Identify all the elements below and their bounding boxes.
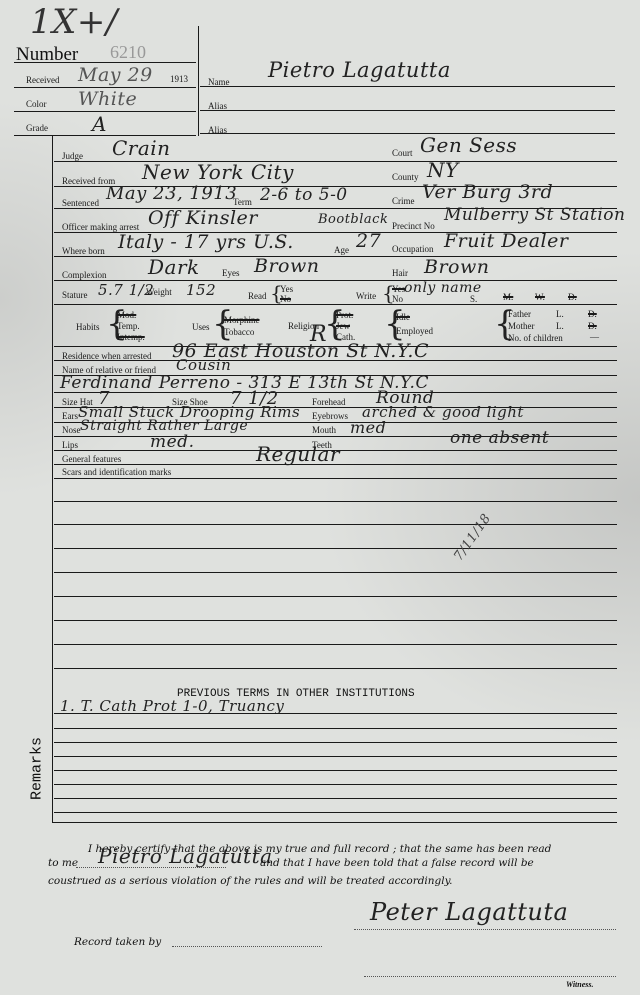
certification-line-2: and that I have been told that a false r… — [260, 857, 534, 869]
eyes-value: Brown — [254, 255, 319, 277]
grade-label: Grade — [26, 123, 48, 133]
record-taken-label: Record taken by — [74, 936, 161, 948]
uses-morphine: Morphine — [224, 315, 260, 325]
habits-label: Habits — [76, 322, 100, 332]
scars-label: Scars and identification marks — [62, 467, 171, 477]
relative-value: Cousin — [176, 356, 231, 374]
write-label: Write — [356, 291, 376, 301]
sentenced-label: Sentenced — [62, 198, 99, 208]
certification-line-3: coustrued as a serious violation of the … — [48, 875, 453, 887]
hair-label: Hair — [392, 268, 408, 278]
uses-label: Uses — [192, 322, 210, 332]
certification-name: Pietro Lagatutta — [98, 844, 273, 868]
received-label: Received — [26, 75, 59, 85]
where-born-value: Italy - 17 yrs U.S. — [118, 231, 294, 253]
court-label: Court — [392, 148, 413, 158]
court-value: Gen Sess — [420, 133, 517, 157]
marital-s: S. — [470, 294, 477, 304]
religion-jew: Jew — [336, 321, 350, 331]
name-value: Pietro Lagatutta — [268, 58, 451, 82]
children-label: No. of children — [508, 333, 563, 343]
religion-prot: Prot. — [336, 310, 353, 320]
number-value: 6210 — [110, 42, 146, 63]
precinct-value: Mulberry St Station — [444, 205, 625, 225]
general-features-value: Regular — [256, 442, 340, 466]
habits-mod: Mod. — [117, 310, 136, 320]
color-value: White — [78, 88, 137, 110]
county-label: County — [392, 172, 419, 182]
judge-label: Judge — [62, 151, 83, 161]
received-year: 1913 — [170, 74, 188, 84]
complexion-value: Dark — [148, 255, 200, 279]
grade-value: A — [92, 112, 107, 136]
forehead-label: Forehead — [312, 397, 346, 407]
habits-temp: Temp. — [117, 321, 140, 331]
prisoner-signature: Peter Lagattuta — [370, 898, 568, 926]
hair-value: Brown — [424, 256, 489, 278]
term-value: 2-6 to 5-0 — [260, 185, 348, 205]
complexion-label: Complexion — [62, 270, 107, 280]
father-living: L. — [556, 309, 564, 319]
lips-label: Lips — [62, 440, 78, 450]
corner-mark: 1X+/ — [30, 2, 118, 42]
marital-m: M. — [503, 292, 513, 302]
general-features-label: General features — [62, 454, 121, 464]
officer-value: Off Kinsler — [148, 207, 258, 229]
mouth-label: Mouth — [312, 425, 336, 435]
witness-label: Witness. — [566, 980, 594, 989]
mother-label: Mother — [508, 321, 535, 331]
precinct-label: Precinct No — [392, 221, 435, 231]
teeth-value: one absent — [450, 428, 549, 448]
uses-tobacco: Tobacco — [224, 327, 254, 337]
read-label: Read — [248, 291, 267, 301]
lips-value: med. — [150, 432, 194, 452]
father-label: Father — [508, 309, 531, 319]
received-value: May 29 — [78, 64, 153, 86]
where-born-label: Where born — [62, 246, 105, 256]
judge-value: Crain — [112, 136, 171, 160]
prison-record-card: 1X+/ Number 6210 Received May 29 1913 Co… — [0, 0, 640, 995]
marital-w: W. — [535, 292, 545, 302]
crime-value: Ver Burg 3rd — [422, 181, 553, 203]
age-label: Age — [334, 245, 349, 255]
employment-idle: Idle — [396, 312, 410, 322]
mother-dead: D. — [588, 321, 597, 331]
ears-label: Ears — [62, 411, 78, 421]
mouth-value: med — [350, 418, 386, 437]
read-no: No — [280, 294, 291, 304]
margin-note: 7/11/18 — [451, 511, 494, 564]
write-no: No — [392, 294, 403, 304]
county-value: NY — [427, 158, 459, 182]
weight-value: 152 — [186, 281, 216, 299]
received-from-value: New York City — [142, 160, 294, 184]
age-value: 27 — [356, 230, 381, 252]
eyebrows-label: Eyebrows — [312, 411, 348, 421]
habits-intemp: Intemp. — [117, 332, 145, 342]
father-dead: D. — [588, 309, 597, 319]
eyes-label: Eyes — [222, 268, 240, 278]
children-value: — — [590, 332, 599, 342]
sentenced-value: May 23, 1913 — [106, 183, 237, 204]
employment-employed: Employed — [396, 326, 433, 336]
occupation-label: Occupation — [392, 244, 433, 254]
certification-to-me: to me — [48, 857, 78, 869]
remarks-label: Remarks — [29, 724, 46, 814]
marital-d: D. — [568, 292, 577, 302]
nose-label: Nose — [62, 425, 81, 435]
occupation-value: Fruit Dealer — [444, 230, 568, 252]
crime-label: Crime — [392, 196, 415, 206]
read-yes: Yes — [280, 284, 293, 294]
weight-label: Weight — [146, 287, 172, 297]
term-label: Term — [233, 197, 252, 207]
stature-label: Stature — [62, 290, 88, 300]
color-label: Color — [26, 99, 47, 109]
occupation-note: Bootblack — [318, 212, 388, 227]
mother-living: L. — [556, 321, 564, 331]
